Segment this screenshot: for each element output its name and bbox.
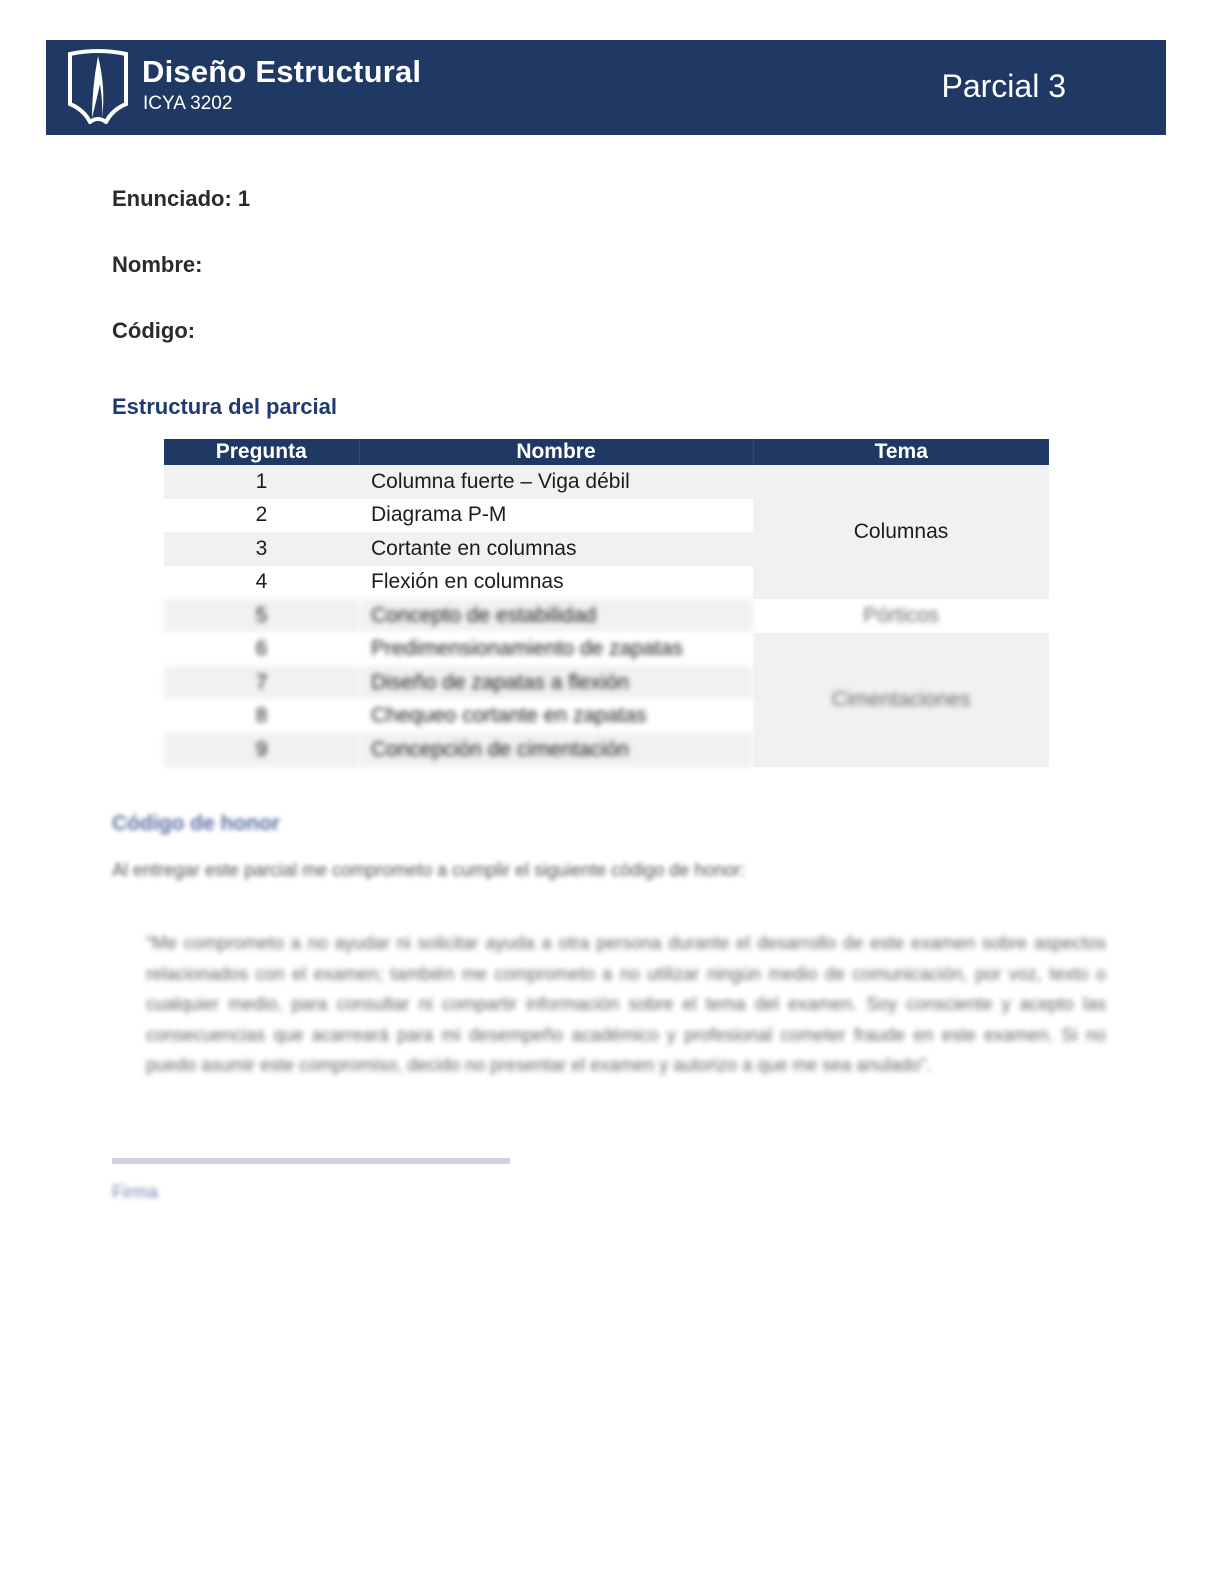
structure-table: Pregunta Nombre Tema 1 Columna fuerte – … bbox=[164, 439, 1049, 767]
column-header-nombre: Nombre bbox=[359, 439, 753, 465]
question-number: 9 bbox=[164, 733, 359, 767]
question-number: 4 bbox=[164, 566, 359, 600]
codigo-field: Código: bbox=[112, 318, 195, 344]
table-row: 5 Concepto de estabilidad Pórticos bbox=[164, 599, 1049, 633]
course-code: ICYA 3202 bbox=[143, 93, 232, 115]
question-name: Diagrama P-M bbox=[359, 499, 753, 533]
question-number: 8 bbox=[164, 700, 359, 734]
structure-title: Estructura del parcial bbox=[112, 394, 337, 420]
question-number: 7 bbox=[164, 666, 359, 700]
topic-cell: Cimentaciones bbox=[753, 633, 1049, 767]
question-name: Diseño de zapatas a flexión bbox=[359, 666, 753, 700]
table-header-row: Pregunta Nombre Tema bbox=[164, 439, 1049, 465]
enunciado-field: Enunciado: 1 bbox=[112, 186, 250, 212]
topic-label: Cimentaciones bbox=[832, 688, 971, 711]
question-number: 2 bbox=[164, 499, 359, 533]
question-name: Predimensionamiento de zapatas bbox=[359, 633, 753, 667]
question-name: Columna fuerte – Viga débil bbox=[359, 465, 753, 499]
university-shield-icon bbox=[66, 48, 130, 124]
column-header-tema: Tema bbox=[753, 439, 1049, 465]
topic-label: Pórticos bbox=[863, 604, 939, 627]
table-row: 1 Columna fuerte – Viga débil Columnas bbox=[164, 465, 1049, 499]
question-name: Cortante en columnas bbox=[359, 532, 753, 566]
question-name: Concepción de cimentación bbox=[359, 733, 753, 767]
question-number: 6 bbox=[164, 633, 359, 667]
nombre-field: Nombre: bbox=[112, 252, 202, 278]
document-header: Diseño Estructural ICYA 3202 Parcial 3 bbox=[46, 40, 1166, 135]
topic-cell: Columnas bbox=[753, 465, 1049, 599]
question-number: 1 bbox=[164, 465, 359, 499]
table-row: 6 Predimensionamiento de zapatas Cimenta… bbox=[164, 633, 1049, 667]
question-number: 5 bbox=[164, 599, 359, 633]
course-title: Diseño Estructural bbox=[142, 54, 421, 90]
question-number: 3 bbox=[164, 532, 359, 566]
column-header-pregunta: Pregunta bbox=[164, 439, 359, 465]
honor-code-intro: Al entregar este parcial me comprometo a… bbox=[112, 860, 745, 881]
exam-label: Parcial 3 bbox=[942, 68, 1067, 105]
signature-line bbox=[112, 1158, 510, 1164]
topic-cell: Pórticos bbox=[753, 599, 1049, 633]
signature-label: Firma bbox=[112, 1182, 158, 1203]
honor-code-title: Código de honor bbox=[112, 812, 280, 836]
honor-code-quote: “Me comprometo a no ayudar ni solicitar … bbox=[146, 928, 1106, 1081]
question-name: Flexión en columnas bbox=[359, 566, 753, 600]
question-name: Chequeo cortante en zapatas bbox=[359, 700, 753, 734]
question-name: Concepto de estabilidad bbox=[359, 599, 753, 633]
